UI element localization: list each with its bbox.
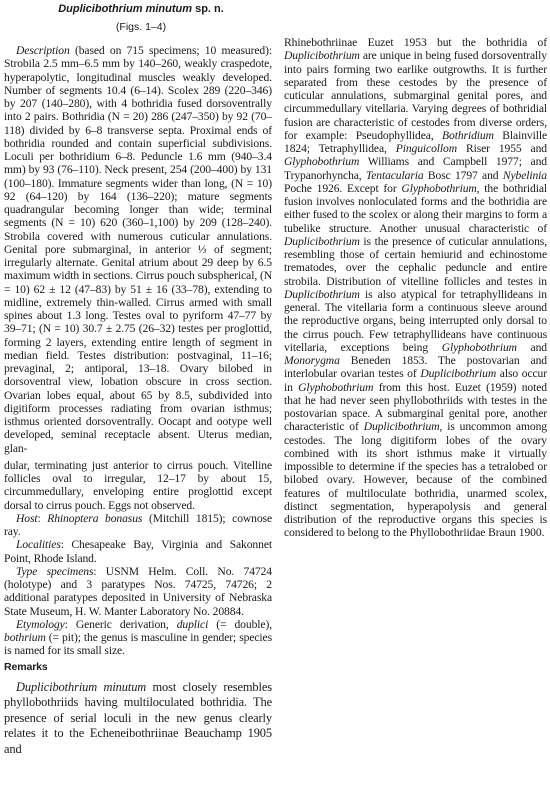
taxon-name: Glyphobothrium bbox=[298, 381, 373, 394]
species-title: Duplicibothrium minutum sp. n. bbox=[0, 2, 282, 16]
taxon-name: Duplicibothrium bbox=[284, 49, 360, 62]
localities-label: Localities bbox=[16, 538, 61, 551]
etymology-label: Etymology bbox=[16, 618, 65, 631]
description-paragraph: Description (based on 715 specimens; 10 … bbox=[4, 44, 272, 455]
remarks-heading: Remarks bbox=[4, 661, 272, 674]
taxon-name: Duplicibothrium bbox=[364, 420, 440, 433]
host-species: Rhinoptera bonasus bbox=[47, 512, 142, 525]
etymology-term: bothrium bbox=[4, 631, 46, 644]
description-label: Description bbox=[16, 44, 70, 57]
description-continuation: dular, terminating just anterior to cirr… bbox=[4, 459, 272, 512]
description-text: (based on 715 specimens; 10 measured): S… bbox=[4, 44, 272, 455]
taxon-name: Tentacularia bbox=[366, 169, 424, 182]
body-text: and bbox=[517, 341, 547, 354]
etymology-term: duplici bbox=[177, 618, 209, 631]
taxon-name: Duplicibothrium bbox=[420, 367, 496, 380]
etymology-paragraph: Etymology: Generic derivation, duplici (… bbox=[4, 618, 272, 658]
body-text: Bosc 1797 and bbox=[424, 169, 503, 182]
taxon-name: Duplicibothrium bbox=[284, 288, 360, 301]
right-column: Rhinebothriinae Euzet 1953 but the bothr… bbox=[284, 36, 547, 540]
body-text: Poche 1926. Except for bbox=[284, 182, 401, 195]
taxon-name: Duplicibothrium bbox=[284, 235, 360, 248]
species-name: Duplicibothrium minutum bbox=[16, 680, 146, 694]
taxon-name: Nybelinia bbox=[503, 169, 547, 182]
taxon-name: Glyphobothrium bbox=[401, 182, 476, 195]
type-specimens-paragraph: Type specimens: USNM Helm. Coll. No. 747… bbox=[4, 565, 272, 618]
host-paragraph: Host: Rhinoptera bonasus (Mitchill 1815)… bbox=[4, 512, 272, 539]
taxon-name: Glyphobothrium bbox=[284, 155, 359, 168]
localities-paragraph: Localities: Chesapeake Bay, Virginia and… bbox=[4, 538, 272, 565]
etymology-text: : Generic derivation, bbox=[65, 618, 177, 631]
taxon-name: Glyphobothrium bbox=[442, 341, 517, 354]
body-text: , is uncommon among cestodes. The long d… bbox=[284, 420, 547, 539]
species-status: sp. n. bbox=[195, 3, 224, 15]
type-specimens-label: Type specimens bbox=[16, 565, 93, 578]
taxon-name: Bothridium bbox=[442, 129, 494, 142]
body-text: Rhinebothriinae Euzet 1953 but the bothr… bbox=[284, 36, 547, 49]
remarks-continuation: Rhinebothriinae Euzet 1953 but the bothr… bbox=[284, 36, 547, 540]
species-name: Duplicibothrium minutum bbox=[58, 3, 192, 15]
remarks-paragraph: Duplicibothrium minutum most closely res… bbox=[4, 680, 272, 758]
taxon-name: Pinguicollom bbox=[396, 142, 457, 155]
host-label: Host bbox=[16, 512, 38, 525]
etymology-text: (= double), bbox=[208, 618, 272, 631]
figure-reference: (Figs. 1–4) bbox=[0, 20, 282, 34]
left-column: Description (based on 715 specimens; 10 … bbox=[4, 44, 272, 757]
taxon-name: Monorygma bbox=[284, 354, 340, 367]
body-text: Riser 1955 and bbox=[457, 142, 547, 155]
